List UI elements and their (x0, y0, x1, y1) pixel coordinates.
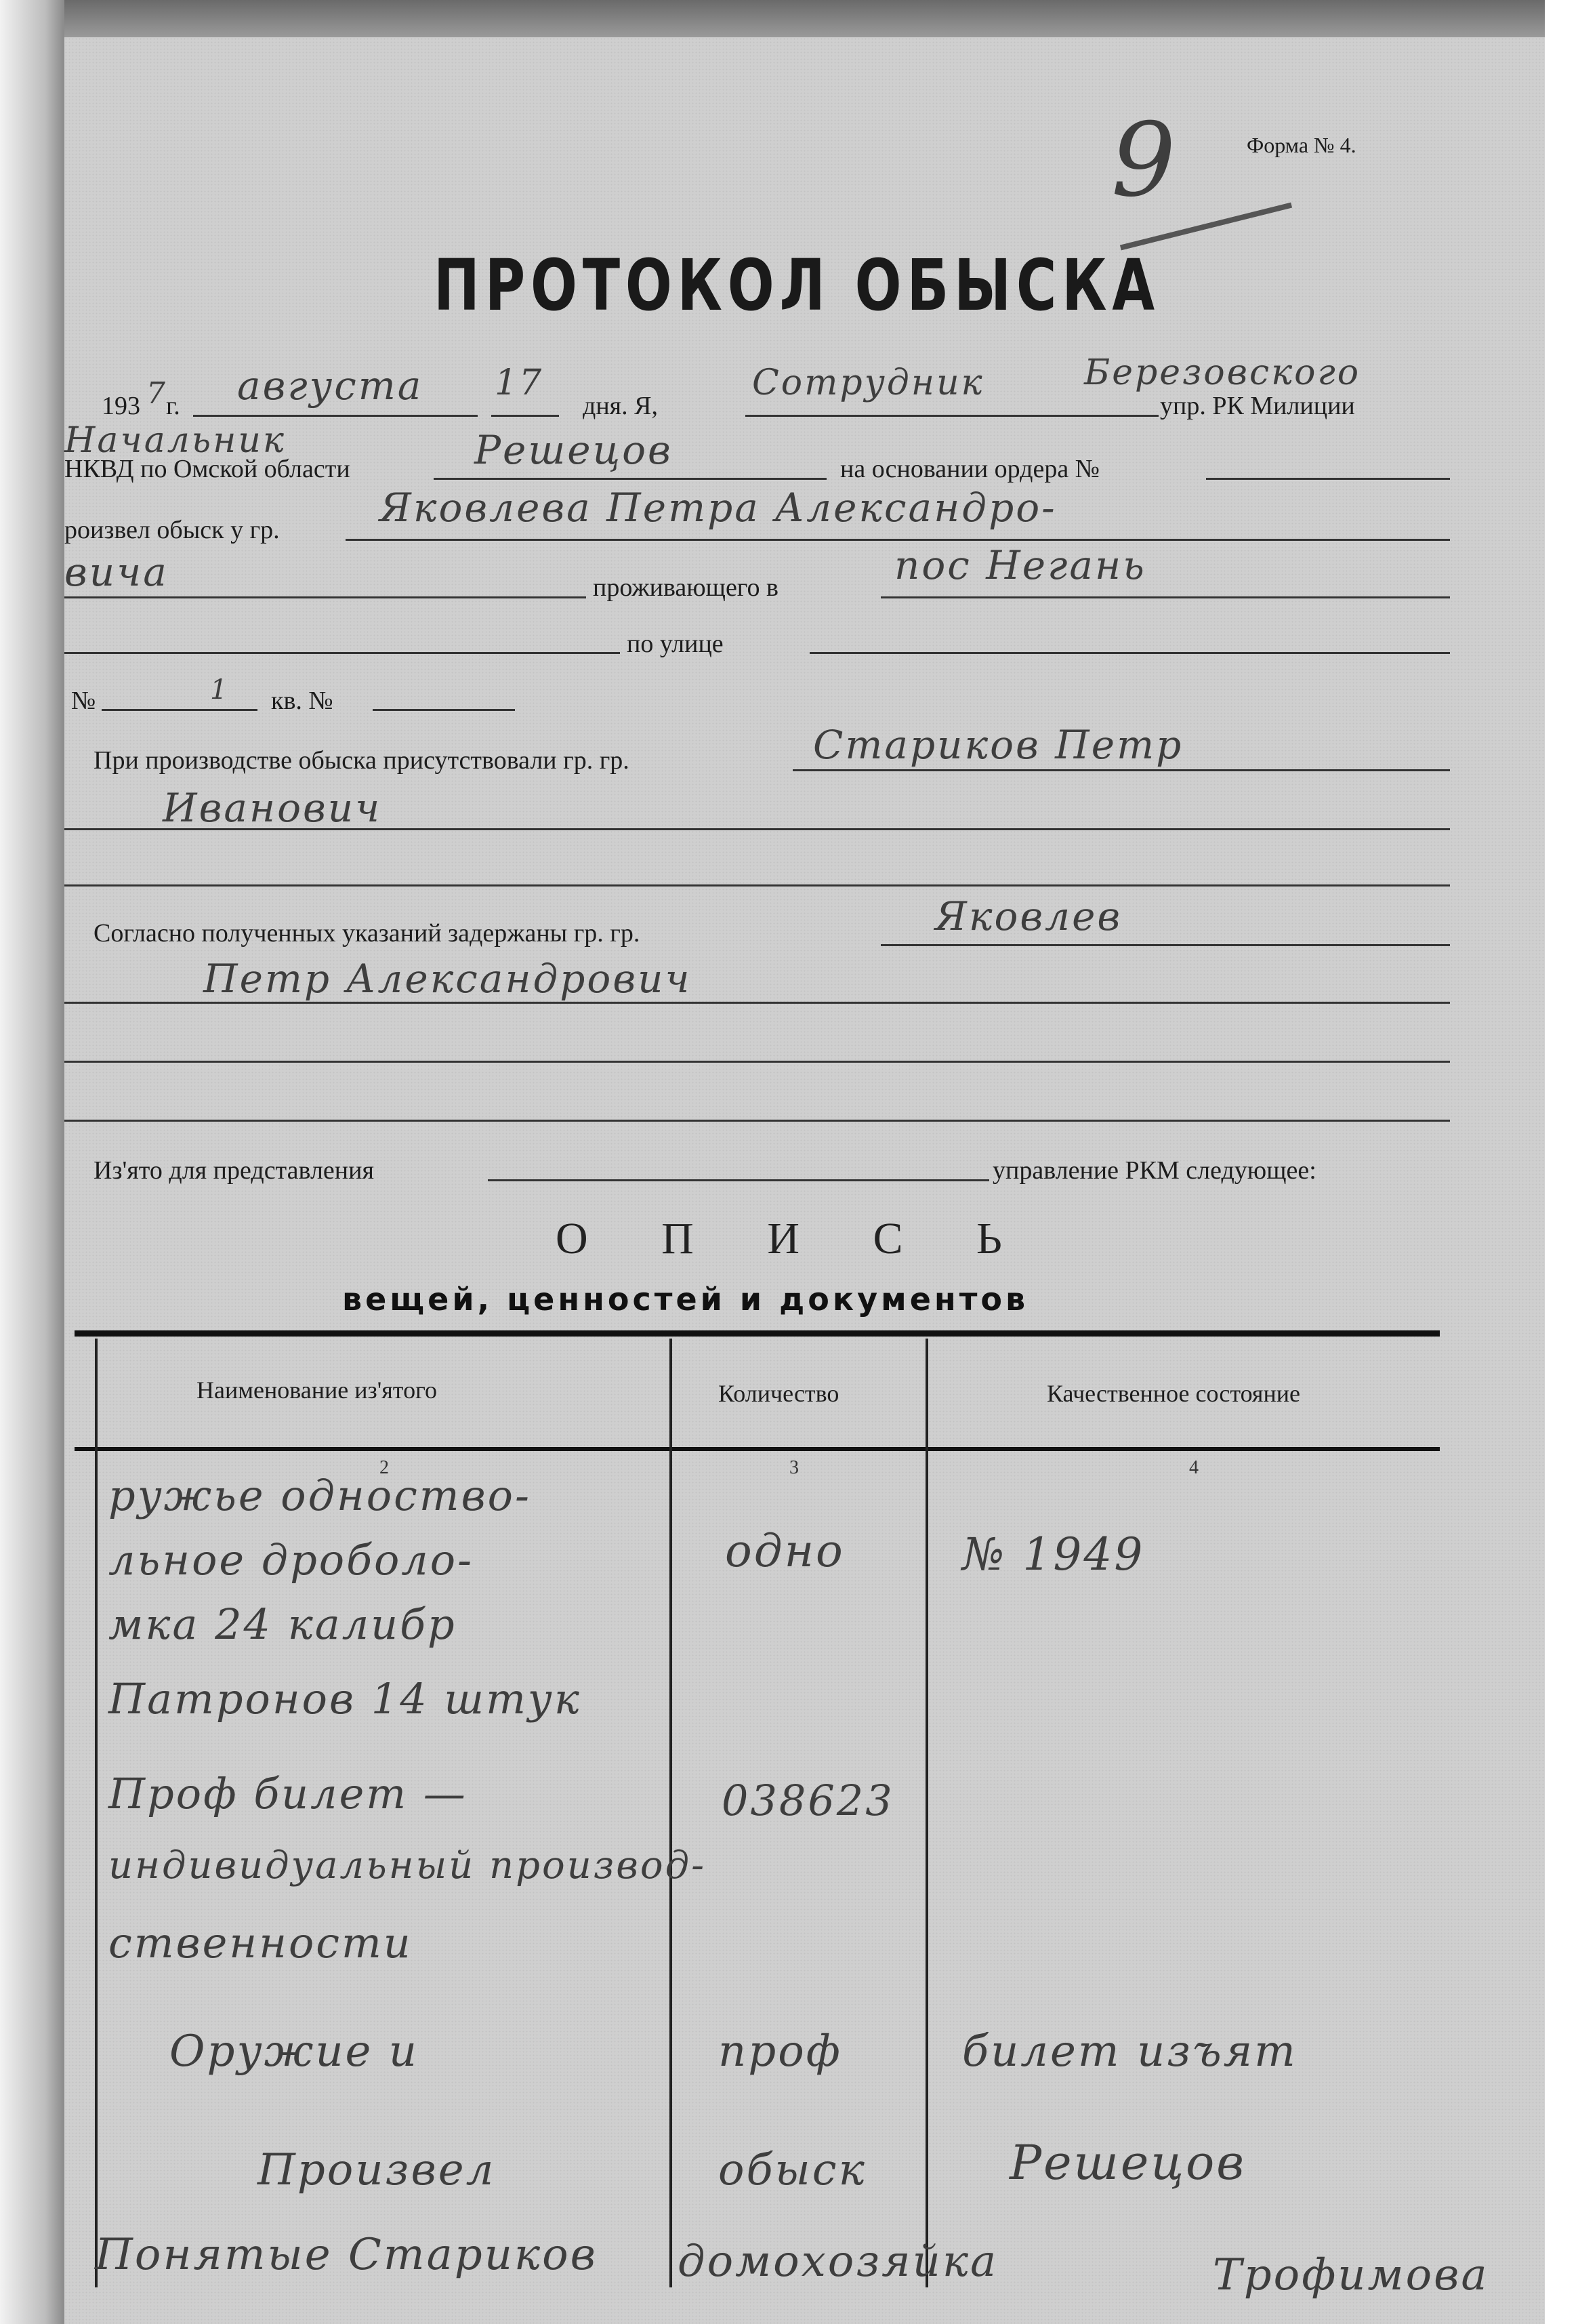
street-label: по улице (627, 629, 724, 659)
month-field[interactable]: августа (237, 363, 423, 409)
footer-note: обыск (718, 2145, 867, 2195)
table-cell-quantity: 038623 (722, 1776, 894, 1825)
suspect-name-field[interactable]: Яковлева Петра Александро- (379, 485, 1057, 531)
table-cell-condition: № 1949 (962, 1528, 1144, 1581)
officer-role-field[interactable]: Сотрудник (752, 363, 984, 403)
witnesses-field[interactable]: Стариков Петр (813, 722, 1183, 768)
page-number-handwritten: 9 (1111, 102, 1178, 220)
house-number-field[interactable]: 1 (210, 674, 229, 706)
table-cell-item: Проф билет — (108, 1769, 468, 1818)
column-header-condition: Качественное состояние (1047, 1379, 1300, 1408)
footer-note: Понятые Стариков (95, 2230, 598, 2280)
witnesses-field-continued[interactable]: Иванович (163, 785, 381, 831)
nkvd-label: НКВД по Омской области (64, 454, 350, 484)
detained-field[interactable]: Яковлев (935, 893, 1122, 939)
page-title: ПРОТОКОЛ ОБЫСКА (434, 244, 1160, 327)
inventory-heading: О П И С Ь (556, 1213, 1033, 1265)
detained-field-continued[interactable]: Петр Александрович (203, 956, 692, 1002)
officer-name-field[interactable]: Решецов (474, 427, 673, 473)
table-cell-item: льное дроболо- (108, 1535, 474, 1585)
footer-note: билет изъят (962, 2026, 1297, 2077)
g-label: г. (166, 391, 180, 421)
table-cell-item: ружье одноство- (108, 1471, 531, 1520)
present-label: При производстве обыска присутствовали г… (94, 746, 629, 775)
residence-field[interactable]: пос Негань (894, 542, 1146, 588)
scan-right-margin (1545, 0, 1578, 2324)
day-field[interactable]: 17 (495, 363, 543, 403)
inventory-subheading: вещей, ценностей и документов (342, 1281, 1029, 1318)
table-cell-item: ственности (108, 1918, 413, 1968)
footer-note: Оружие и (169, 2026, 419, 2077)
scan-top-edge (64, 0, 1545, 37)
suspect-name-continued[interactable]: вича (64, 549, 169, 595)
officer-signature: Решецов (1010, 2135, 1246, 2190)
footer-note: проф (718, 2026, 842, 2077)
seized-label: Из'ято для представления (94, 1156, 374, 1185)
year-prefix: 193 (102, 391, 140, 421)
department-handwritten: Березовского (1084, 352, 1361, 393)
form-number: Форма № 4. (1247, 133, 1356, 158)
order-label: на основании ордера № (840, 454, 1100, 484)
search-label: роизвел обыск у гр. (64, 515, 280, 545)
column-number: 4 (1189, 1457, 1199, 1479)
table-cell-quantity: одно (725, 1525, 845, 1577)
column-number: 3 (789, 1457, 799, 1479)
detained-label: Согласно полученных указаний задержаны г… (94, 918, 640, 948)
table-cell-item: мка 24 калибр (108, 1599, 457, 1649)
table-cell-item: Патронов 14 штук (108, 1674, 581, 1724)
footer-note: домохозяйка (678, 2237, 998, 2287)
residing-label: проживающего в (593, 573, 778, 603)
witness-signature: Трофимова (1213, 2250, 1489, 2300)
footer-note: Произвел (257, 2145, 495, 2195)
day-label: дня. Я, (583, 391, 658, 421)
table-cell-item: индивидуальный производ- (108, 1843, 706, 1888)
house-label: № (71, 686, 96, 716)
seized-suffix: управление РКМ следующее: (993, 1156, 1316, 1185)
apartment-label: кв. № (271, 686, 333, 716)
column-header-quantity: Количество (718, 1379, 839, 1408)
upr-label: упр. РК Милиции (1160, 391, 1355, 421)
column-header-name: Наименование из'ятого (196, 1376, 437, 1404)
scan-left-edge (0, 0, 64, 2324)
year-handwritten: 7 (146, 376, 167, 411)
